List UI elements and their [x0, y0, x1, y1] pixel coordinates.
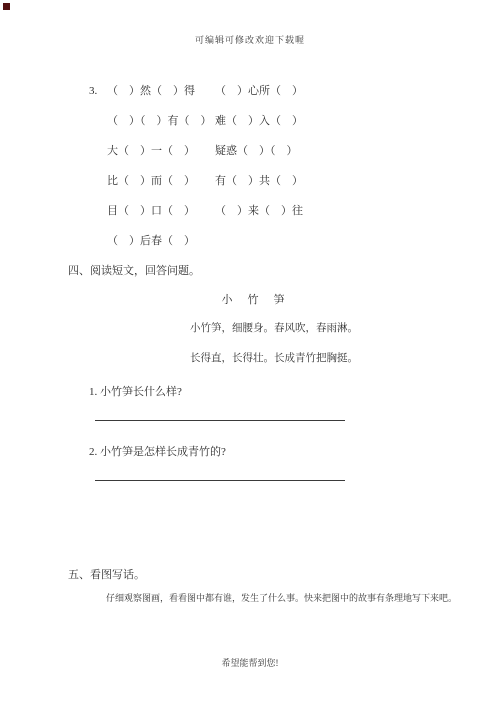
idiom-blank-left: （ ）然（ ）得 [107, 82, 213, 98]
fill-blank-row: 3. （ ）然（ ）得 （ ）心所（ ） [89, 82, 303, 98]
idiom-blank-right: （ ）心所（ ） [215, 82, 303, 98]
passage-line: 长得直，长得壮。长成青竹把胸挺。 [190, 350, 358, 365]
corner-mark [3, 3, 10, 10]
idiom-blank-right: 有（ ）共（ ） [215, 172, 303, 188]
fill-blank-row: 比（ ）而（ ） 有（ ）共（ ） [89, 172, 303, 188]
idiom-blank-left: 大（ ）一（ ） [107, 142, 213, 158]
fill-blank-row: （ ）（ ）有（ ） 难（ ）入（ ） [89, 112, 303, 128]
fill-blank-row: 大（ ）一（ ） 疑惑（ ）（ ） [89, 142, 298, 158]
idiom-blank-right: （ ）来（ ）往 [215, 202, 303, 218]
idiom-blank-left: （ ）（ ）有（ ） [107, 112, 213, 128]
idiom-blank-left: 比（ ）而（ ） [107, 172, 213, 188]
question-1: 1. 小竹笋长什么样? [89, 383, 182, 399]
idiom-blank-right: 难（ ）入（ ） [215, 112, 303, 128]
answer-blank-line [95, 479, 345, 481]
fill-blank-row: 目（ ）口（ ） （ ）来（ ）往 [89, 202, 303, 218]
passage-title: 小 竹 笋 [8, 291, 500, 307]
fill-blank-row: （ ）后春（ ） [89, 232, 215, 248]
document-header-note: 可编辑可修改欢迎下载喔 [0, 33, 500, 46]
idiom-blank-left: 目（ ）口（ ） [107, 202, 213, 218]
section5-heading: 五、看图写话。 [68, 566, 145, 582]
idiom-blank-left: （ ）后春（ ） [107, 232, 213, 248]
question-2: 2. 小竹笋是怎样长成青竹的? [89, 443, 226, 459]
section5-instruction: 仔细观察图画，看看图中都有谁，发生了什么事。快来把图中的故事有条理地写下来吧。 [106, 591, 457, 604]
answer-blank-line [95, 419, 345, 421]
passage-line: 小竹笋，细腰身。春风吹，春雨淋。 [190, 320, 358, 335]
worksheet-page: 可编辑可修改欢迎下载喔 3. （ ）然（ ）得 （ ）心所（ ） （ ）（ ）有… [0, 0, 500, 707]
document-footer-note: 希望能帮到您! [0, 656, 500, 669]
item-number: 3. [89, 85, 107, 97]
section4-heading: 四、阅读短文，回答问题。 [68, 262, 200, 278]
idiom-blank-right: 疑惑（ ）（ ） [215, 142, 298, 158]
